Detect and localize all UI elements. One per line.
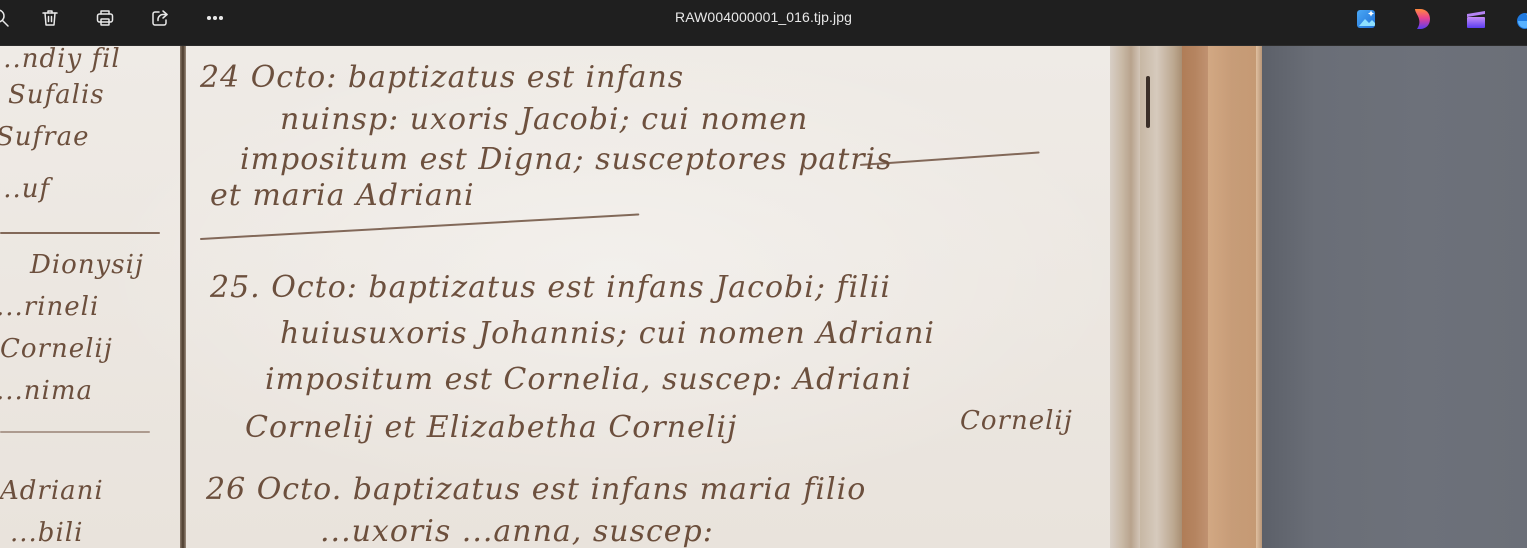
binding-edge [1182,46,1208,548]
magnifier-icon [0,8,10,28]
entry-line: impositum est Cornelia, suscep: Adriani [265,362,912,397]
trash-icon [40,8,60,28]
image-edit-app-icon [1355,7,1379,31]
left-fragment: ...uf [0,174,50,204]
entry-line: ...uxoris ...anna, suscep: [320,514,714,548]
title-bar: RAW004000001_016.tjp.jpg [0,0,1527,46]
photos-editor-button[interactable] [1355,7,1379,31]
page-edge [1110,46,1140,548]
ink-mark [1146,76,1150,128]
entry-line: Cornelij et Elizabetha Cornelij [245,410,737,445]
left-fragment: ...rineli [0,292,99,322]
manuscript-page: ...ndiy fil Sufalis Sufrae ...uf Dionysi… [0,46,1115,548]
paint-app-icon [1515,7,1527,31]
entry-line: nuinsp: uxoris Jacobi; cui nomen [280,102,808,137]
grey-backdrop [1262,46,1527,548]
separator-line [0,431,150,433]
more-dots-icon [205,8,225,28]
entry-separator [200,213,639,240]
entry-line: 24 Octo: baptizatus est infans [200,60,684,95]
binding-edge [1256,46,1262,548]
clipchamp-button[interactable] [1464,7,1488,31]
left-fragment: Sufrae [0,122,90,152]
entry-line: 26 Octo. baptizatus est infans maria fil… [206,472,866,507]
left-fragment: Sufalis [8,80,105,110]
clipchamp-app-icon [1464,7,1488,31]
zoom-button[interactable] [0,3,22,33]
entry-line: huiusuxoris Johannis; cui nomen Adriani [280,316,935,351]
share-icon [150,8,170,28]
entry-line: 25. Octo: baptizatus est infans Jacobi; … [210,270,891,305]
image-viewport[interactable]: ...ndiy fil Sufalis Sufrae ...uf Dionysi… [0,46,1527,548]
left-fragment: ...ndiy fil [0,46,121,74]
designer-app-icon [1410,7,1434,31]
left-fragment: Cornelij [0,334,113,364]
left-fragment: ...bili [10,518,83,548]
share-button[interactable] [138,3,182,33]
delete-button[interactable] [28,3,72,33]
print-button[interactable] [83,3,127,33]
entry-line: Cornelij [960,406,1073,436]
designer-button[interactable] [1410,7,1434,31]
more-button[interactable] [193,3,237,33]
binding-edge [1208,46,1256,548]
left-fragment: Adriani [0,476,104,506]
entry-line: impositum est Digna; susceptores patris [240,142,893,177]
separator-line [0,232,160,234]
left-fragment: Dionysij [30,250,144,280]
paint-button[interactable] [1515,7,1527,31]
entry-line: et maria Adriani [210,178,475,213]
left-fragment: ...nima [0,376,93,406]
printer-icon [95,8,115,28]
column-divider [180,46,186,548]
